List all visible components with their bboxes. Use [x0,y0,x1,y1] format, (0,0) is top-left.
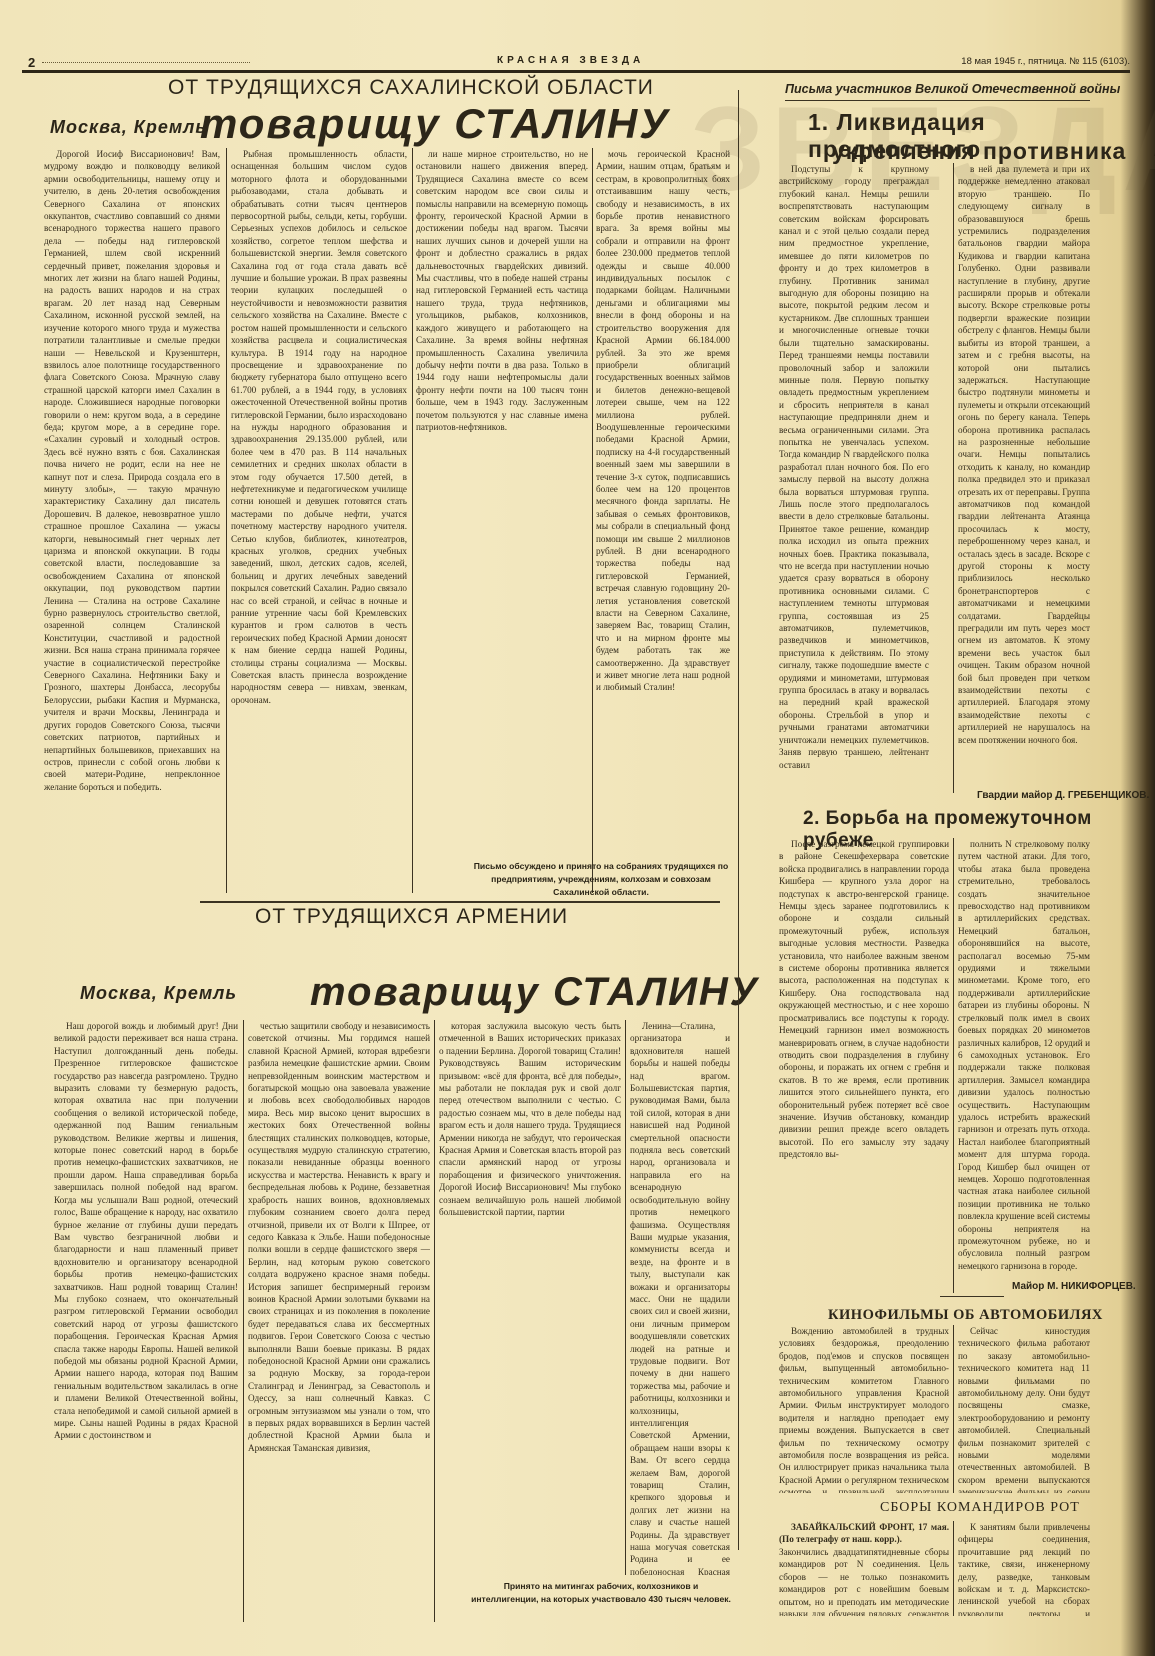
page-number: 2 [28,55,35,70]
sakhalin-column-4: мочь героической Красной Армии, нашим от… [596,148,730,853]
armenia-address: Москва, Кремль [80,983,237,1004]
armenia-footnote: Принято на митингах рабочих, колхозников… [470,1580,732,1606]
films-column-2: Сейчас киностудия технического фильма ра… [958,1325,1090,1493]
part1-column-1: Подступы к крупному австрийскому городу … [779,163,929,793]
leader-dots [42,62,250,63]
training-column-1: Закончились двадцатипятидневные сборы ко… [779,1546,949,1616]
sakhalin-column-3: ли наше мирное строительство, но не оста… [416,148,588,893]
sakhalin-title: товарищу СТАЛИНУ [200,100,670,148]
armenia-column-3: которая заслужила высокую честь быть отм… [439,1020,621,1575]
training-column-2: К занятиям были привлечены офицеры соеди… [958,1521,1090,1616]
part1-signature: Гвардии майор Д. ГРЕБЕНЩИКОВ. [977,790,1149,801]
column-divider [625,1020,626,1575]
part1-title-line2: укрепления противника [832,138,1126,165]
masthead: 2 КРАСНАЯ ЗВЕЗДА 18 мая 1945 г., пятница… [22,55,1130,69]
films-title: КИНОФИЛЬМЫ ОБ АВТОМОБИЛЯХ [828,1307,1103,1324]
letters-rubric: Письма участников Великой Отечественной … [785,82,1120,96]
column-divider [738,90,739,1550]
armenia-title: товарищу СТАЛИНУ [310,970,759,1015]
column-divider [243,1020,244,1622]
issue-date: 18 мая 1945 г., пятница. № 115 (6103). [961,56,1130,67]
part2-column-1: После разгрома немецкой группировки в ра… [779,838,949,1293]
part2-signature: Майор М. НИКИФОРЦЕВ. [1012,1281,1136,1292]
armenia-column-2: честью защитили свободу и независимость … [248,1020,430,1622]
column-divider [434,1020,435,1622]
section-separator [940,1296,1004,1297]
section-separator [200,901,720,903]
sakhalin-column-2: Рыбная промышленность области, оснащенна… [231,148,407,893]
armenia-kicker: ОТ ТРУДЯЩИХСЯ АРМЕНИИ [255,905,568,929]
newspaper-name: КРАСНАЯ ЗВЕЗДА [497,55,644,66]
training-dateline: ЗАБАЙКАЛЬСКИЙ ФРОНТ, 17 мая. (По телегра… [779,1521,949,1547]
sakhalin-footnote: Письмо обсуждено и принято на собраниях … [470,860,732,899]
sakhalin-column-1: Дорогой Иосиф Виссарионович! Вам, мудром… [44,148,220,893]
part1-column-2: в ней два пулемета и при их поддержке не… [958,163,1090,743]
column-divider [592,148,593,893]
films-column-1: Вождению автомобилей в трудных условиях … [779,1325,949,1493]
training-title: СБОРЫ КОМАНДИРОВ РОТ [880,1500,1080,1516]
sakhalin-address: Москва, Кремль [50,117,207,138]
column-divider [226,148,227,893]
newspaper-page: ЗВЕЗДА 2 КРАСНАЯ ЗВЕЗДА 18 мая 1945 г., … [0,0,1155,1656]
column-divider [953,1521,954,1616]
masthead-rule [22,70,1130,73]
armenia-column-1: Наш дорогой вождь и любимый друг! Дни ве… [54,1020,238,1622]
column-divider [412,148,413,893]
sakhalin-kicker: ОТ ТРУДЯЩИХСЯ САХАЛИНСКОЙ ОБЛАСТИ [168,76,654,100]
rubric-underline [785,100,1090,101]
armenia-column-4: Ленина—Сталина, организатора и вдохновит… [630,1020,730,1575]
part2-column-2: полнить N стрелковому полку путем частно… [958,838,1090,1278]
column-divider [953,1325,954,1493]
column-divider [953,163,954,793]
column-divider [953,838,954,1293]
